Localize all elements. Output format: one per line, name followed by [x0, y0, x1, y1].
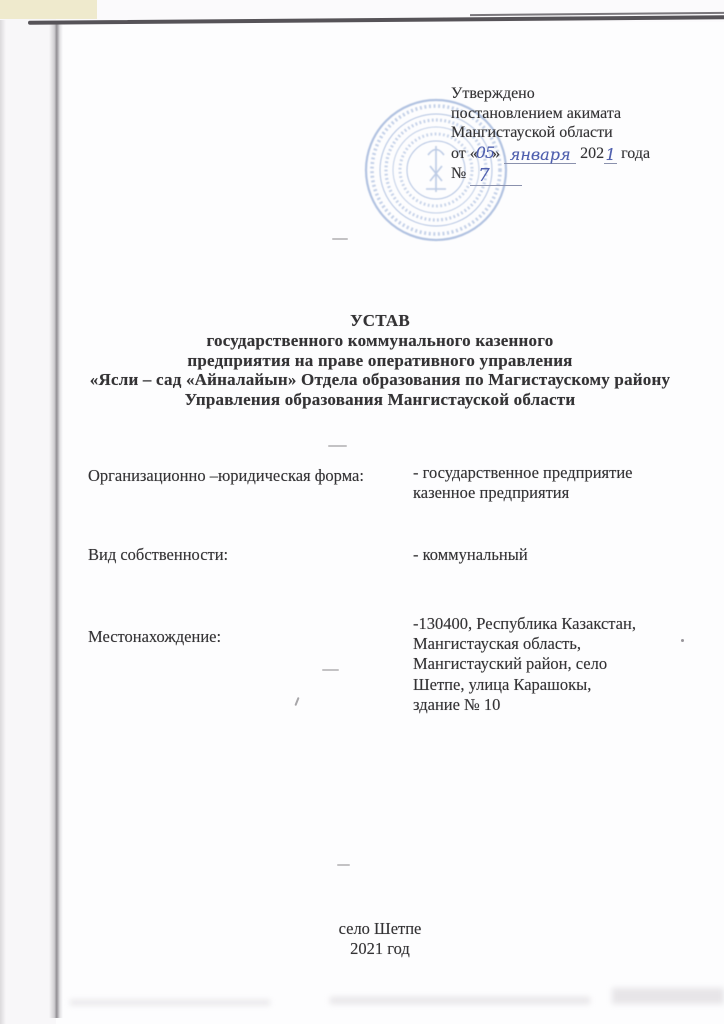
value-line: - государственное предприятие: [413, 463, 632, 483]
field-value-legal-form: - государственное предприятие казенное п…: [413, 463, 632, 503]
page-fold-edge: [49, 24, 63, 1018]
title-line: УСТАВ: [84, 311, 676, 331]
approval-block: Утверждено постановлением акимата Мангис…: [451, 84, 723, 186]
value-line: - коммунальный: [413, 545, 528, 565]
title-line: «Ясли – сад «Айналайын» Отдела образован…: [84, 370, 676, 390]
approval-line: Утверждено: [451, 84, 723, 104]
field-label-location: Местонахождение:: [88, 627, 221, 647]
scan-artifact-dash: [322, 669, 339, 671]
scan-artifact-dash: [328, 445, 347, 447]
scanned-charter-page: Утверждено постановлением акимата Мангис…: [0, 0, 724, 1024]
scan-bottom-shadow: [330, 997, 590, 1004]
value-line: Шетпе, улица Карашокы,: [413, 675, 636, 695]
approval-number-line: № 7: [451, 164, 723, 186]
title-line: Управления образования Мангистауской обл…: [84, 390, 676, 410]
scan-corner-artifact: [0, 0, 97, 19]
scan-bottom-shadow: [70, 1000, 270, 1005]
approval-line: Мангистауской области: [451, 123, 723, 143]
scan-artifact-dash: [332, 238, 348, 240]
date-suffix: года: [621, 145, 650, 162]
number-sign: №: [451, 165, 466, 182]
date-prefix: от «: [451, 145, 478, 162]
value-line: -130400, Республика Казакстан,: [413, 614, 636, 634]
value-line: казенное предприятия: [413, 483, 632, 503]
document-title: УСТАВ государственного коммунального каз…: [84, 311, 676, 410]
year-printed: 202: [580, 145, 604, 162]
scan-left-margin: [0, 18, 56, 1024]
field-value-ownership-type: - коммунальный: [413, 545, 528, 565]
scan-bottom-shadow: [612, 988, 724, 1004]
date-close-bracket: »: [492, 145, 500, 162]
field-label-ownership-type: Вид собственности:: [88, 545, 228, 565]
approval-line: постановлением акимата: [451, 104, 723, 124]
handwritten-number-on-line: 7: [470, 166, 522, 186]
footer-block: село Шетпе 2021 год: [84, 919, 676, 959]
scan-artifact-dash: [337, 864, 350, 866]
value-line: здание № 10: [413, 695, 636, 715]
scan-outer-edge: [0, 20, 6, 1024]
title-line: предприятия на праве оперативного управл…: [84, 351, 676, 371]
approval-date-line: от «05» января 2021 года: [451, 143, 723, 164]
field-value-location: -130400, Республика Казакстан, Мангистау…: [413, 614, 636, 715]
value-line: Мангистауский район, село: [413, 654, 636, 674]
footer-line: 2021 год: [84, 939, 676, 959]
footer-line: село Шетпе: [84, 919, 676, 939]
title-line: государственного коммунального казенного: [84, 331, 676, 351]
scan-artifact-dot: [681, 639, 684, 642]
field-label-legal-form: Организационно –юридическая форма:: [88, 466, 364, 486]
handwritten-year-digit-on-line: 1: [604, 146, 617, 164]
handwritten-month-on-line: января: [504, 146, 576, 164]
value-line: Мангистауская область,: [413, 634, 636, 654]
